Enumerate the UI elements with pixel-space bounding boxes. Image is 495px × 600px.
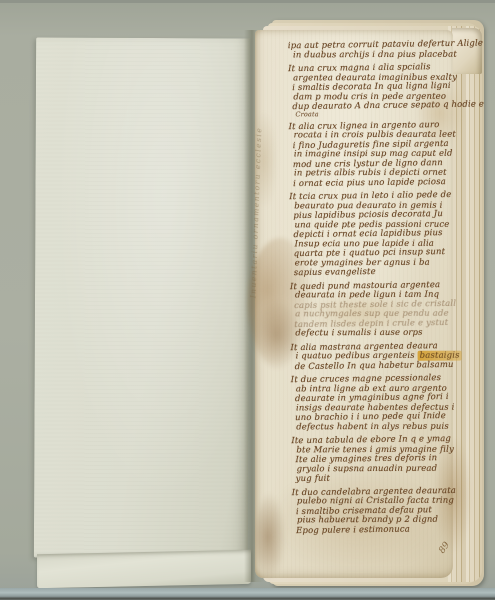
manuscript-line: defectu i sumalis i ause orps [295,329,457,339]
manuscript-line: Croata [295,110,455,118]
manuscript-paragraph: It alia mastrana argentea deaurai quatuo… [294,342,456,372]
photo-frame-bottom-edge [0,588,495,600]
manuscript-paragraph: It una crux magna i alia spcialisargente… [292,63,454,118]
manuscript-paragraph: It due cruces magne pcessionalesab intra… [295,374,457,432]
manuscript-line: i ornat ecia pius uno lapide pciosa [293,177,455,189]
manuscript-line: defectus habent in alys rebus puis [296,422,458,432]
manuscript-paragraph: Ite una tabula de ebore In q e ymagbte M… [295,435,457,484]
manuscript-paragraph: It alia crux lignea in argento aurorocat… [293,121,456,189]
manuscript-line: in duabus archijs i dna pius placebat [293,50,455,60]
manuscript-line: de Castello In qua habetur balsamu [295,360,457,372]
manuscript-line: sapius evangeliste [294,267,456,279]
left-page-bottom-fold [37,550,251,588]
blank-left-page [34,38,250,559]
manuscript-line: yug fuit [296,473,458,485]
manuscript-line: Epog pulere i estimonuca [296,524,458,536]
manuscript-text-block: ipa aut petra corruit pataviu defertur A… [292,40,458,539]
manuscript-paragraph: ipa aut petra corruit pataviu defertur A… [292,40,454,60]
manuscript-paragraph: It duo candelabra argentea deauratapuleb… [296,487,458,536]
manuscript-paragraph: It quedi pund mastouria argenteadeaurata… [294,281,456,339]
photo-frame-top-edge [0,0,495,3]
manuscript-paragraph: It tcia crux pua in leto i alio pede deb… [293,191,456,278]
